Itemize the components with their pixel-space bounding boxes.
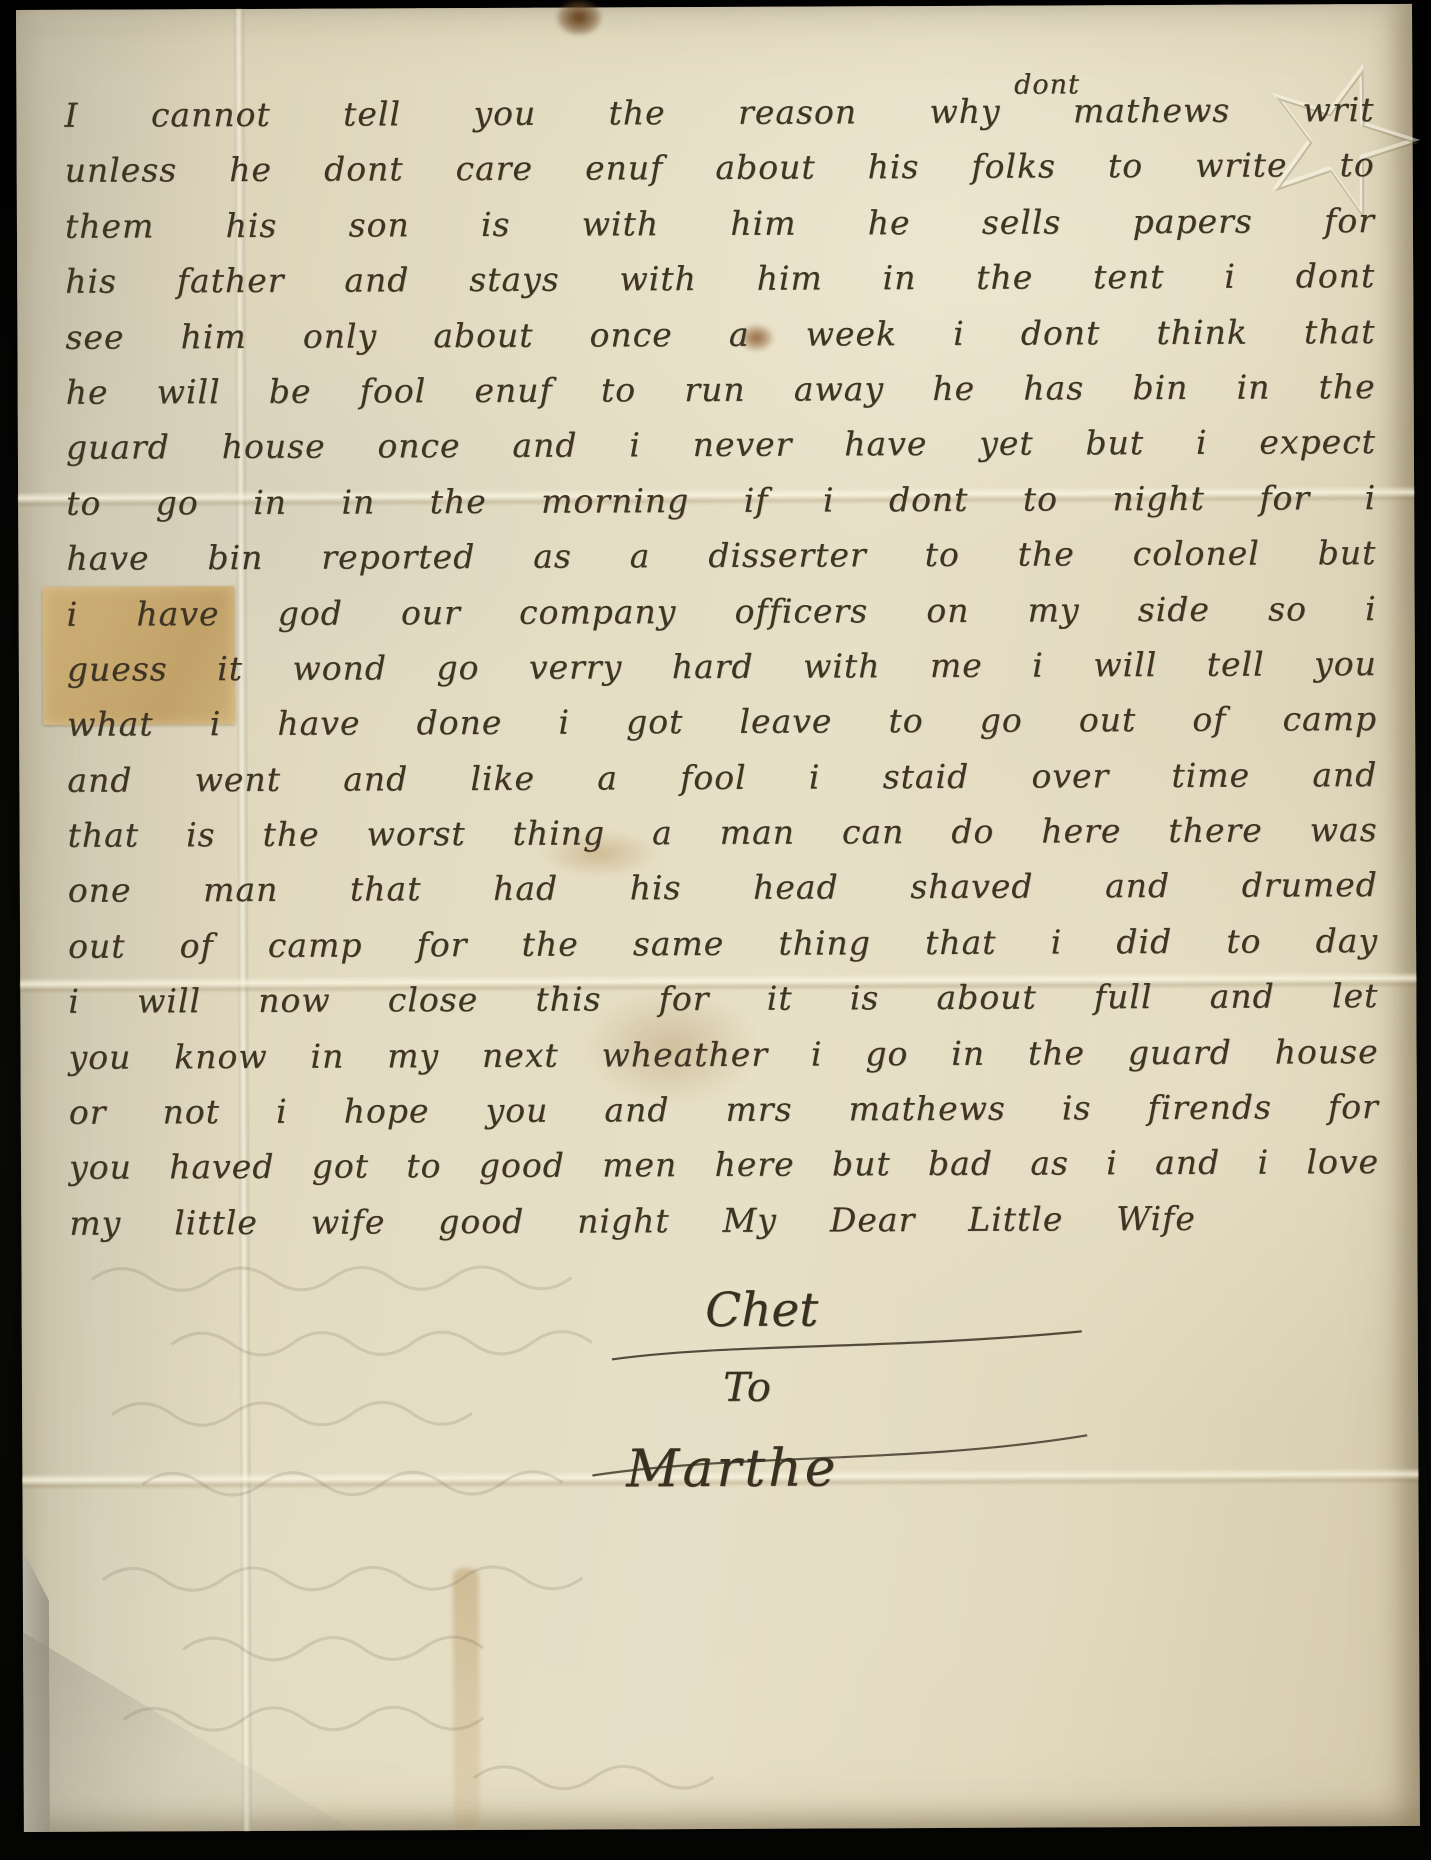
letter-line: have bin reported as a disserter to the … [66, 525, 1376, 586]
inserted-word-annotation: dont [1014, 57, 1080, 113]
signature-to: To [452, 1352, 1012, 1424]
letter-line: out of camp for the same thing that i di… [68, 913, 1378, 974]
photograph-of-letter: dont I cannot tell you the reason why ma… [0, 0, 1431, 1860]
letter-line: my little wife good night My Dear Little… [69, 1191, 1196, 1251]
letter-line: you haved got to good men here but bad a… [69, 1134, 1379, 1195]
letter-line: unless he dont care enuf about his folks… [65, 137, 1375, 198]
letter-line: guard house once and i never have yet bu… [66, 414, 1376, 475]
ink-stain [556, 0, 602, 36]
paper-sheet: dont I cannot tell you the reason why ma… [16, 4, 1420, 1832]
letter-line: what i have done i got leave to go out o… [67, 691, 1377, 752]
letter-line: i have god our company officers on my si… [67, 581, 1377, 642]
letter-line: he will be fool enuf to run away he has … [66, 359, 1376, 420]
crease-stain [453, 1568, 480, 1828]
signature-recipient: Marthe [452, 1422, 1012, 1516]
letter-line: you know in my next wheather i go in the… [68, 1024, 1378, 1085]
letter-lines: I cannot tell you the reason why mathews… [64, 82, 1379, 1251]
signature-block: Chet To Marthe [452, 1268, 1013, 1516]
letter-line: them his son is with him he sells papers… [65, 193, 1375, 254]
letter-line: guess it wond go verry hard with me i wi… [67, 636, 1377, 697]
letter-line: and went and like a fool i staid over ti… [67, 747, 1377, 808]
letter-line: i will now close this for it is about fu… [68, 968, 1378, 1029]
letter-body: dont I cannot tell you the reason why ma… [64, 82, 1379, 1251]
letter-line: or not i hope you and mrs mathews is fir… [69, 1079, 1379, 1140]
letter-line: one man that had his head shaved and dru… [68, 858, 1378, 919]
letter-line: his father and stays with him in the ten… [65, 248, 1375, 309]
folded-corner [23, 1604, 354, 1832]
letter-line: see him only about once a week i dont th… [65, 304, 1375, 365]
signature-sender: Chet [452, 1268, 1012, 1354]
letter-line: that is the worst thing a man can do her… [67, 802, 1377, 863]
letter-line: to go in in the morning if i dont to nig… [66, 470, 1376, 531]
letter-line: I cannot tell you the reason why mathews… [64, 82, 1374, 143]
